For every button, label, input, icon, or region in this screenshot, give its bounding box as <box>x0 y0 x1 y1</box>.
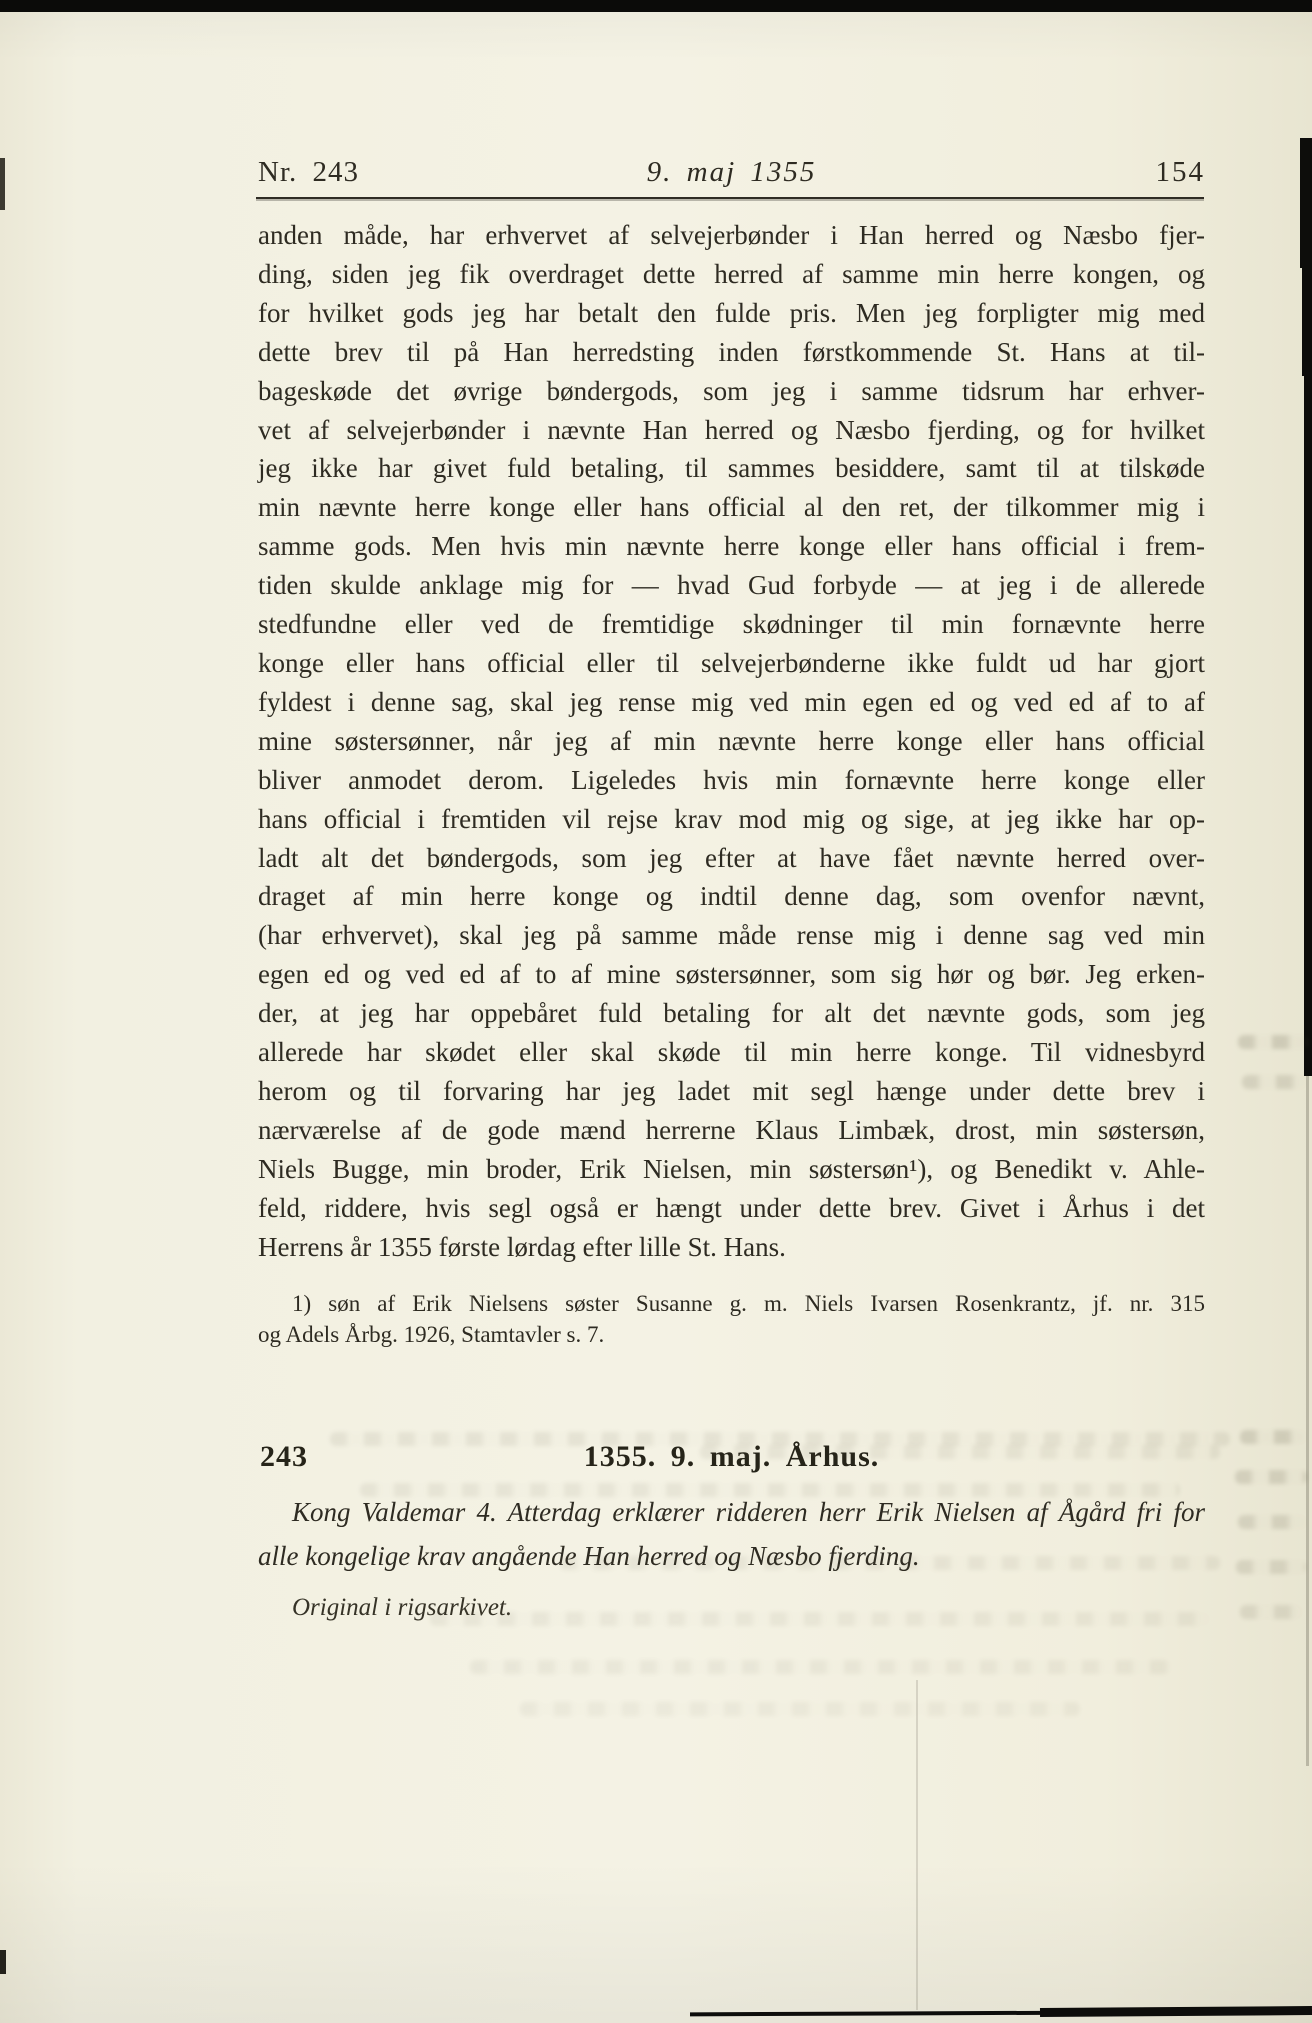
body-line-20: egen ed og ved ed af to af mine søstersø… <box>258 955 1205 994</box>
body-line-15: bliver anmodet derom. Ligeledes hvis min… <box>258 761 1205 800</box>
body-line-26: feld, riddere, hvis segl også er hængt u… <box>258 1189 1205 1228</box>
body-line-16: hans official i fremtiden vil rejse krav… <box>258 800 1205 839</box>
body-line-3: for hvilket gods jeg har betalt den fuld… <box>258 294 1205 333</box>
bleedthrough-ghost <box>1238 1035 1308 1049</box>
body-line-25: Niels Bugge, min broder, Erik Nielsen, m… <box>258 1150 1205 1189</box>
letter-body: anden måde, har erhvervet af selvejerbøn… <box>258 216 1205 1266</box>
body-line-6: vet af selvejerbønder i nævnte Han herre… <box>258 411 1205 450</box>
body-line-12: konge eller hans official eller til selv… <box>258 644 1205 683</box>
body-line-2: ding, siden jeg fik overdraget dette her… <box>258 255 1205 294</box>
body-line-14: mine søstersønner, når jeg af min nævnte… <box>258 722 1205 761</box>
bleedthrough-ghost <box>360 1483 1180 1497</box>
bleedthrough-ghost <box>1236 1560 1306 1574</box>
body-line-27: Herrens år 1355 første lørdag efter lill… <box>258 1228 1205 1267</box>
scan-edge-right-strip-3 <box>1304 376 1312 1076</box>
bleedthrough-ghost <box>520 1702 1080 1716</box>
body-line-19: (har erhvervet), skal jeg på samme måde … <box>258 916 1205 955</box>
header-page-number: 154 <box>1156 156 1206 189</box>
bleedthrough-ghost <box>700 1445 1220 1459</box>
body-line-11: stedfundne eller ved de fremtidige skødn… <box>258 605 1205 644</box>
body-line-8: min nævnte herre konge eller hans offici… <box>258 488 1205 527</box>
scan-edge-right-strip-2 <box>1302 268 1312 376</box>
header-rule <box>256 197 1204 199</box>
body-line-22: allerede har skødet eller skal skøde til… <box>258 1033 1205 1072</box>
body-line-4: dette brev til på Han herredsting inden … <box>258 333 1205 372</box>
scan-edge-right-strip-1 <box>1300 138 1312 268</box>
header-date: 9. maj 1355 <box>258 156 1205 189</box>
body-line-23: herom og til forvaring har jeg ladet mit… <box>258 1072 1205 1111</box>
footnote-line-2: og Adels Årbg. 1926, Stamtavler s. 7. <box>258 1319 1205 1350</box>
body-line-5: bageskøde det øvrige bøndergods, som jeg… <box>258 372 1205 411</box>
body-line-1: anden måde, har erhvervet af selvejerbøn… <box>258 216 1205 255</box>
body-line-24: nærværelse af de gode mænd herrerne Klau… <box>258 1111 1205 1150</box>
bleedthrough-ghost <box>1240 1605 1302 1619</box>
running-header: Nr. 243 9. maj 1355 154 <box>258 156 1205 196</box>
bleedthrough-ghost <box>470 1660 1170 1674</box>
bleedthrough-ghost <box>560 1556 1220 1570</box>
bleedthrough-ghost <box>1238 1515 1306 1529</box>
body-line-9: samme gods. Men hvis min nævnte herre ko… <box>258 527 1205 566</box>
bleedthrough-ghost <box>330 1432 1230 1446</box>
body-line-7: jeg ikke har givet fuld betaling, til sa… <box>258 449 1205 488</box>
bleedthrough-ghost <box>1235 1470 1307 1484</box>
scan-edge-right-pageline <box>1306 1076 1309 1766</box>
body-line-21: der, at jeg har oppebåret fuld betaling … <box>258 994 1205 1033</box>
scan-edge-bottom-line-thick <box>1040 2006 1312 2017</box>
scanned-book-page: Nr. 243 9. maj 1355 154 anden måde, har … <box>0 0 1312 2023</box>
body-line-13: fyldest i denne sag, skal jeg rense mig … <box>258 683 1205 722</box>
body-line-10: tiden skulde anklage mig for — hvad Gud … <box>258 566 1205 605</box>
body-line-17: ladt alt det bøndergods, som jeg efter a… <box>258 839 1205 878</box>
scan-paper-crease <box>916 1680 918 2010</box>
bleedthrough-ghost <box>430 1612 1210 1626</box>
bleedthrough-ghost <box>1242 1075 1306 1089</box>
body-line-18: draget af min herre konge og indtil denn… <box>258 877 1205 916</box>
footnote-line-1: 1) søn af Erik Nielsens søster Susanne g… <box>258 1288 1205 1319</box>
scan-edge-left-tick-lower <box>0 1950 6 1974</box>
scan-edge-left-tick <box>0 158 5 210</box>
footnote: 1) søn af Erik Nielsens søster Susanne g… <box>258 1288 1205 1350</box>
bleedthrough-ghost <box>1240 1430 1306 1444</box>
scan-edge-top-bar <box>0 0 1312 12</box>
